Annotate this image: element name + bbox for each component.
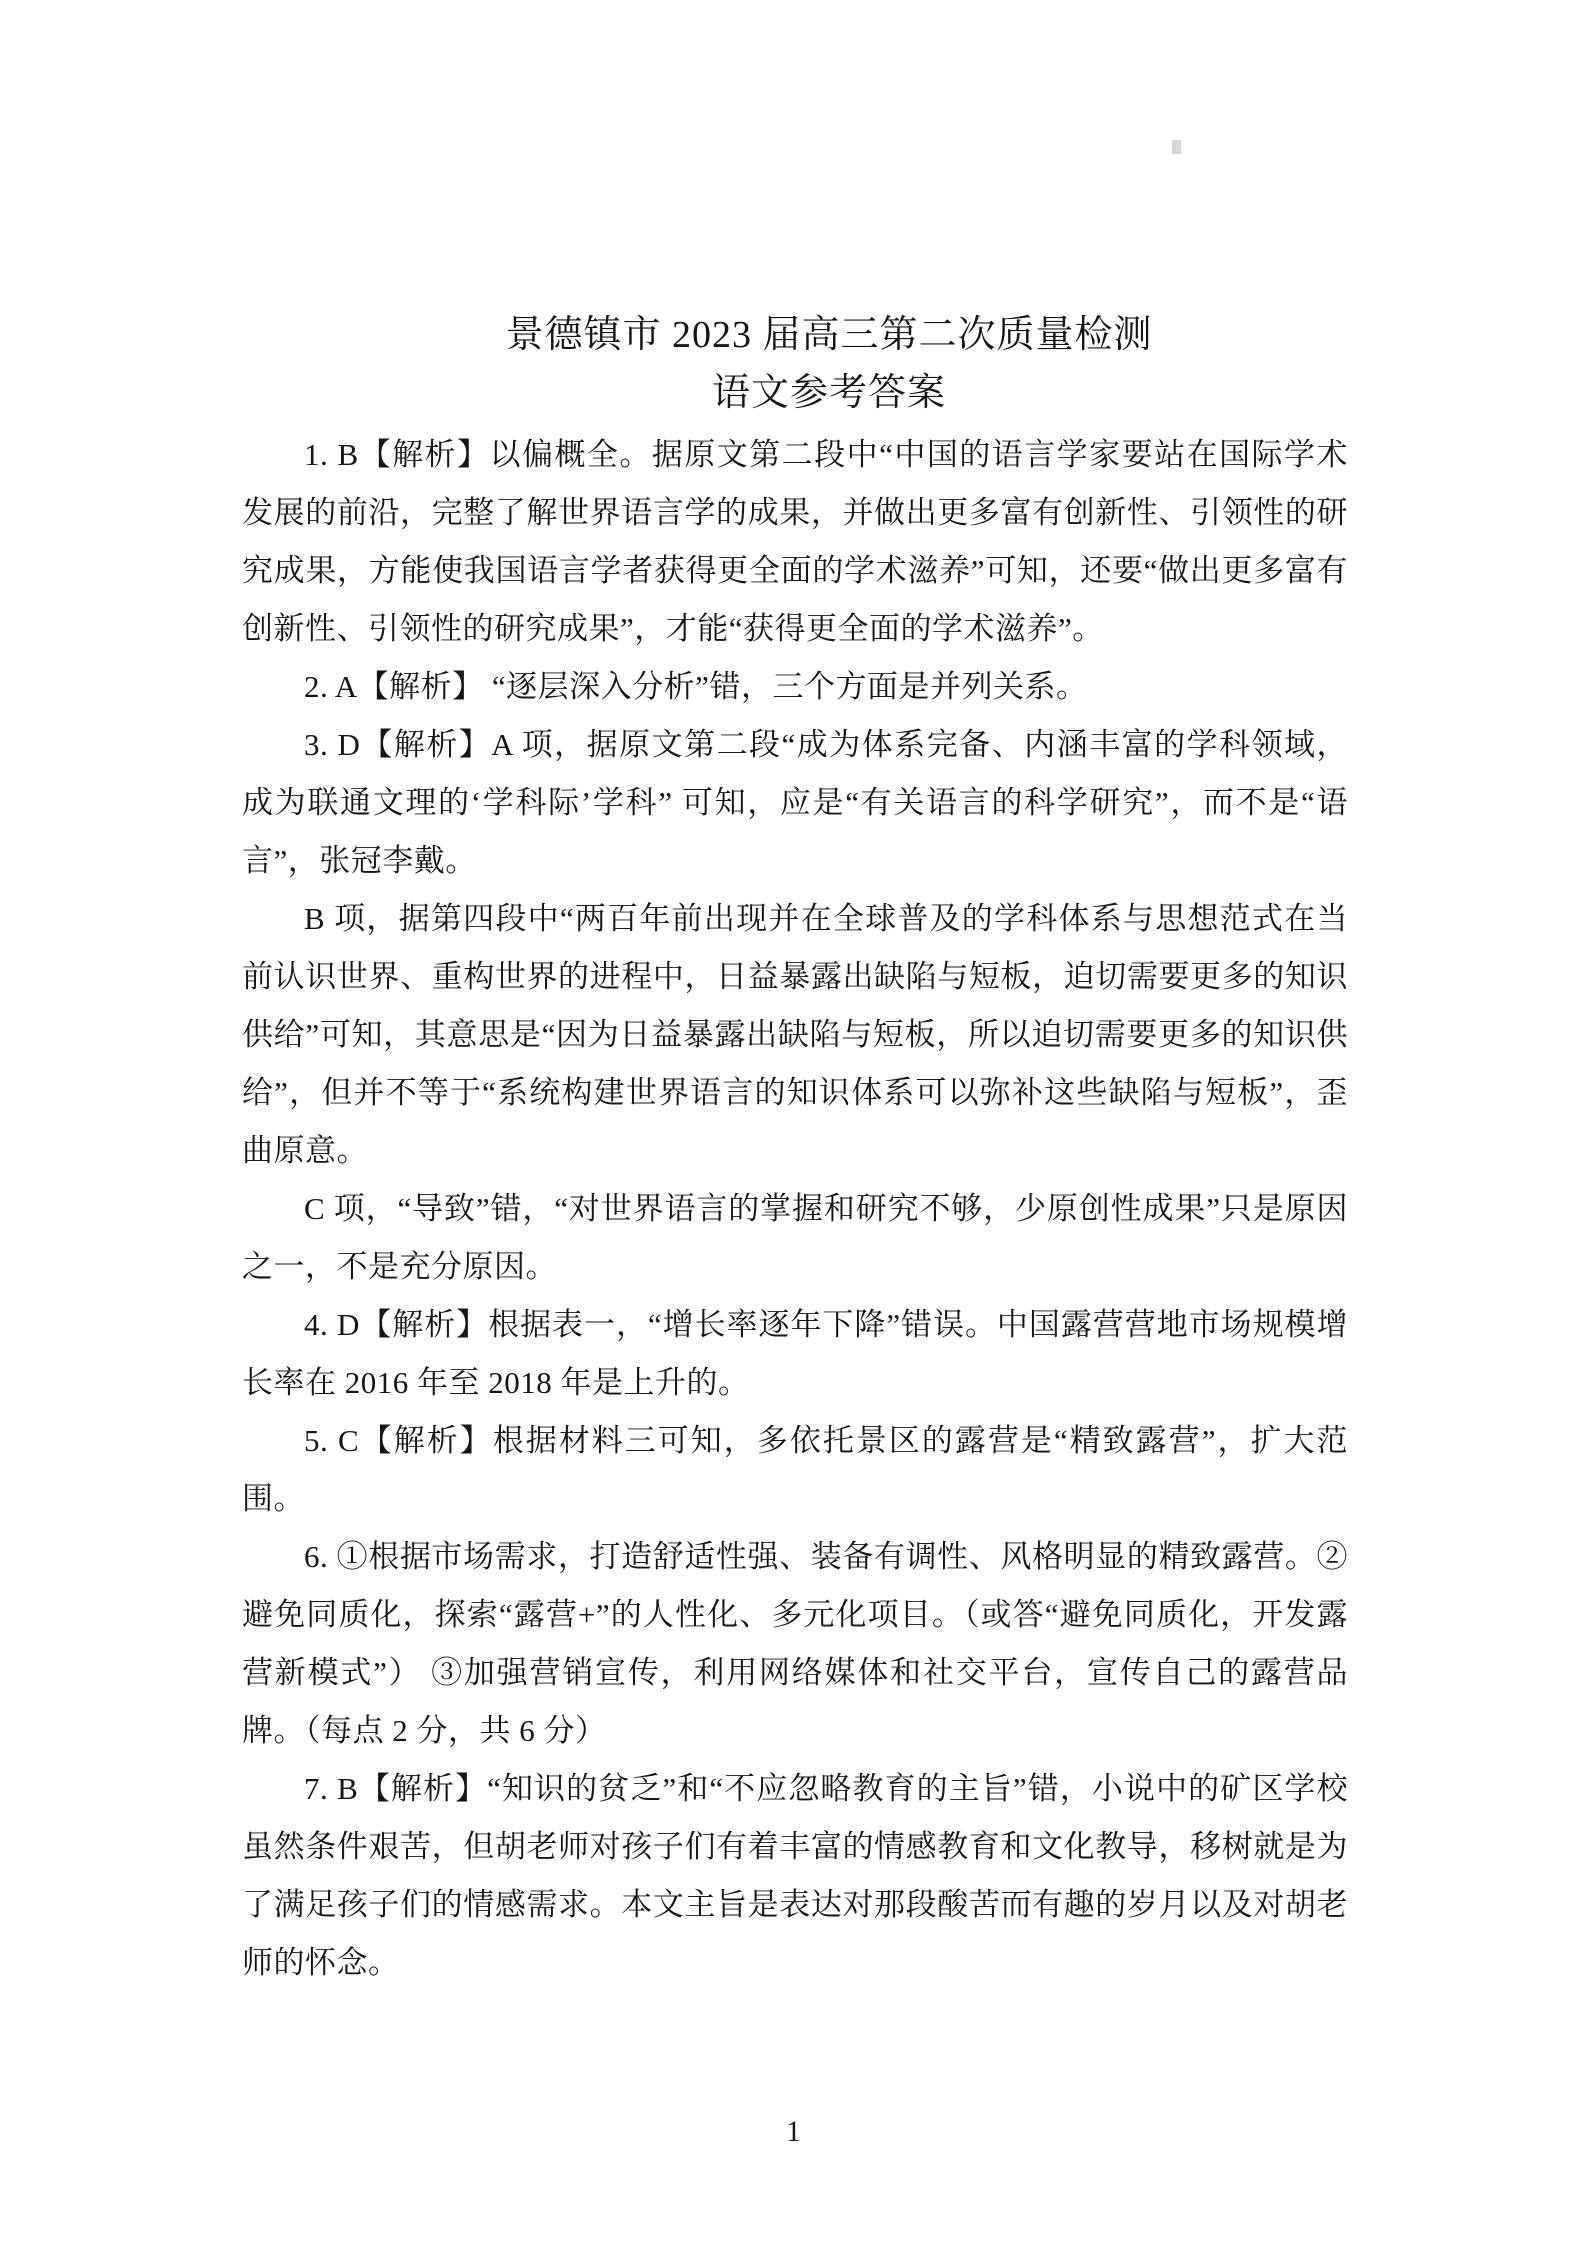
answer-paragraph-q5: 5. C【解析】根据材料三可知，多依托景区的露营是“精致露营”，扩大范围。 — [242, 1412, 1348, 1528]
answer-paragraph-q7: 7. B【解析】“知识的贫乏”和“不应忽略教育的主旨”错，小说中的矿区学校虽然条… — [242, 1760, 1348, 1992]
document-subtitle: 语文参考答案 — [276, 364, 1382, 422]
answer-paragraph-q2: 2. A【解析】 “逐层深入分析”错，三个方面是并列关系。 — [242, 658, 1348, 716]
answer-body: 1. B【解析】以偏概全。据原文第二段中“中国的语言学家要站在国际学术发展的前沿… — [242, 426, 1348, 1992]
answer-paragraph-q3-item-a: 3. D【解析】A 项，据原文第二段“成为体系完备、内涵丰富的学科领域，成为联通… — [242, 716, 1348, 890]
answer-paragraph-q3-item-b: B 项，据第四段中“两百年前出现并在全球普及的学科体系与思想范式在当前认识世界、… — [242, 890, 1348, 1180]
document-title: 景德镇市 2023 届高三第二次质量检测 — [276, 306, 1382, 364]
answer-paragraph-q4: 4. D【解析】根据表一，“增长率逐年下降”错误。中国露营营地市场规模增长率在 … — [242, 1296, 1348, 1412]
document-content: 景德镇市 2023 届高三第二次质量检测 语文参考答案 1. B【解析】以偏概全… — [242, 0, 1348, 1992]
answer-paragraph-q1: 1. B【解析】以偏概全。据原文第二段中“中国的语言学家要站在国际学术发展的前沿… — [242, 426, 1348, 658]
exam-answer-page: 景德镇市 2023 届高三第二次质量检测 语文参考答案 1. B【解析】以偏概全… — [0, 0, 1587, 2245]
document-header: 景德镇市 2023 届高三第二次质量检测 语文参考答案 — [276, 306, 1382, 422]
answer-paragraph-q3-item-c: C 项，“导致”错，“对世界语言的掌握和研究不够，少原创性成果”只是原因之一，不… — [242, 1180, 1348, 1296]
page-number: 1 — [0, 2112, 1587, 2152]
answer-paragraph-q6: 6. ①根据市场需求，打造舒适性强、装备有调性、风格明显的精致露营。②避免同质化… — [242, 1528, 1348, 1760]
